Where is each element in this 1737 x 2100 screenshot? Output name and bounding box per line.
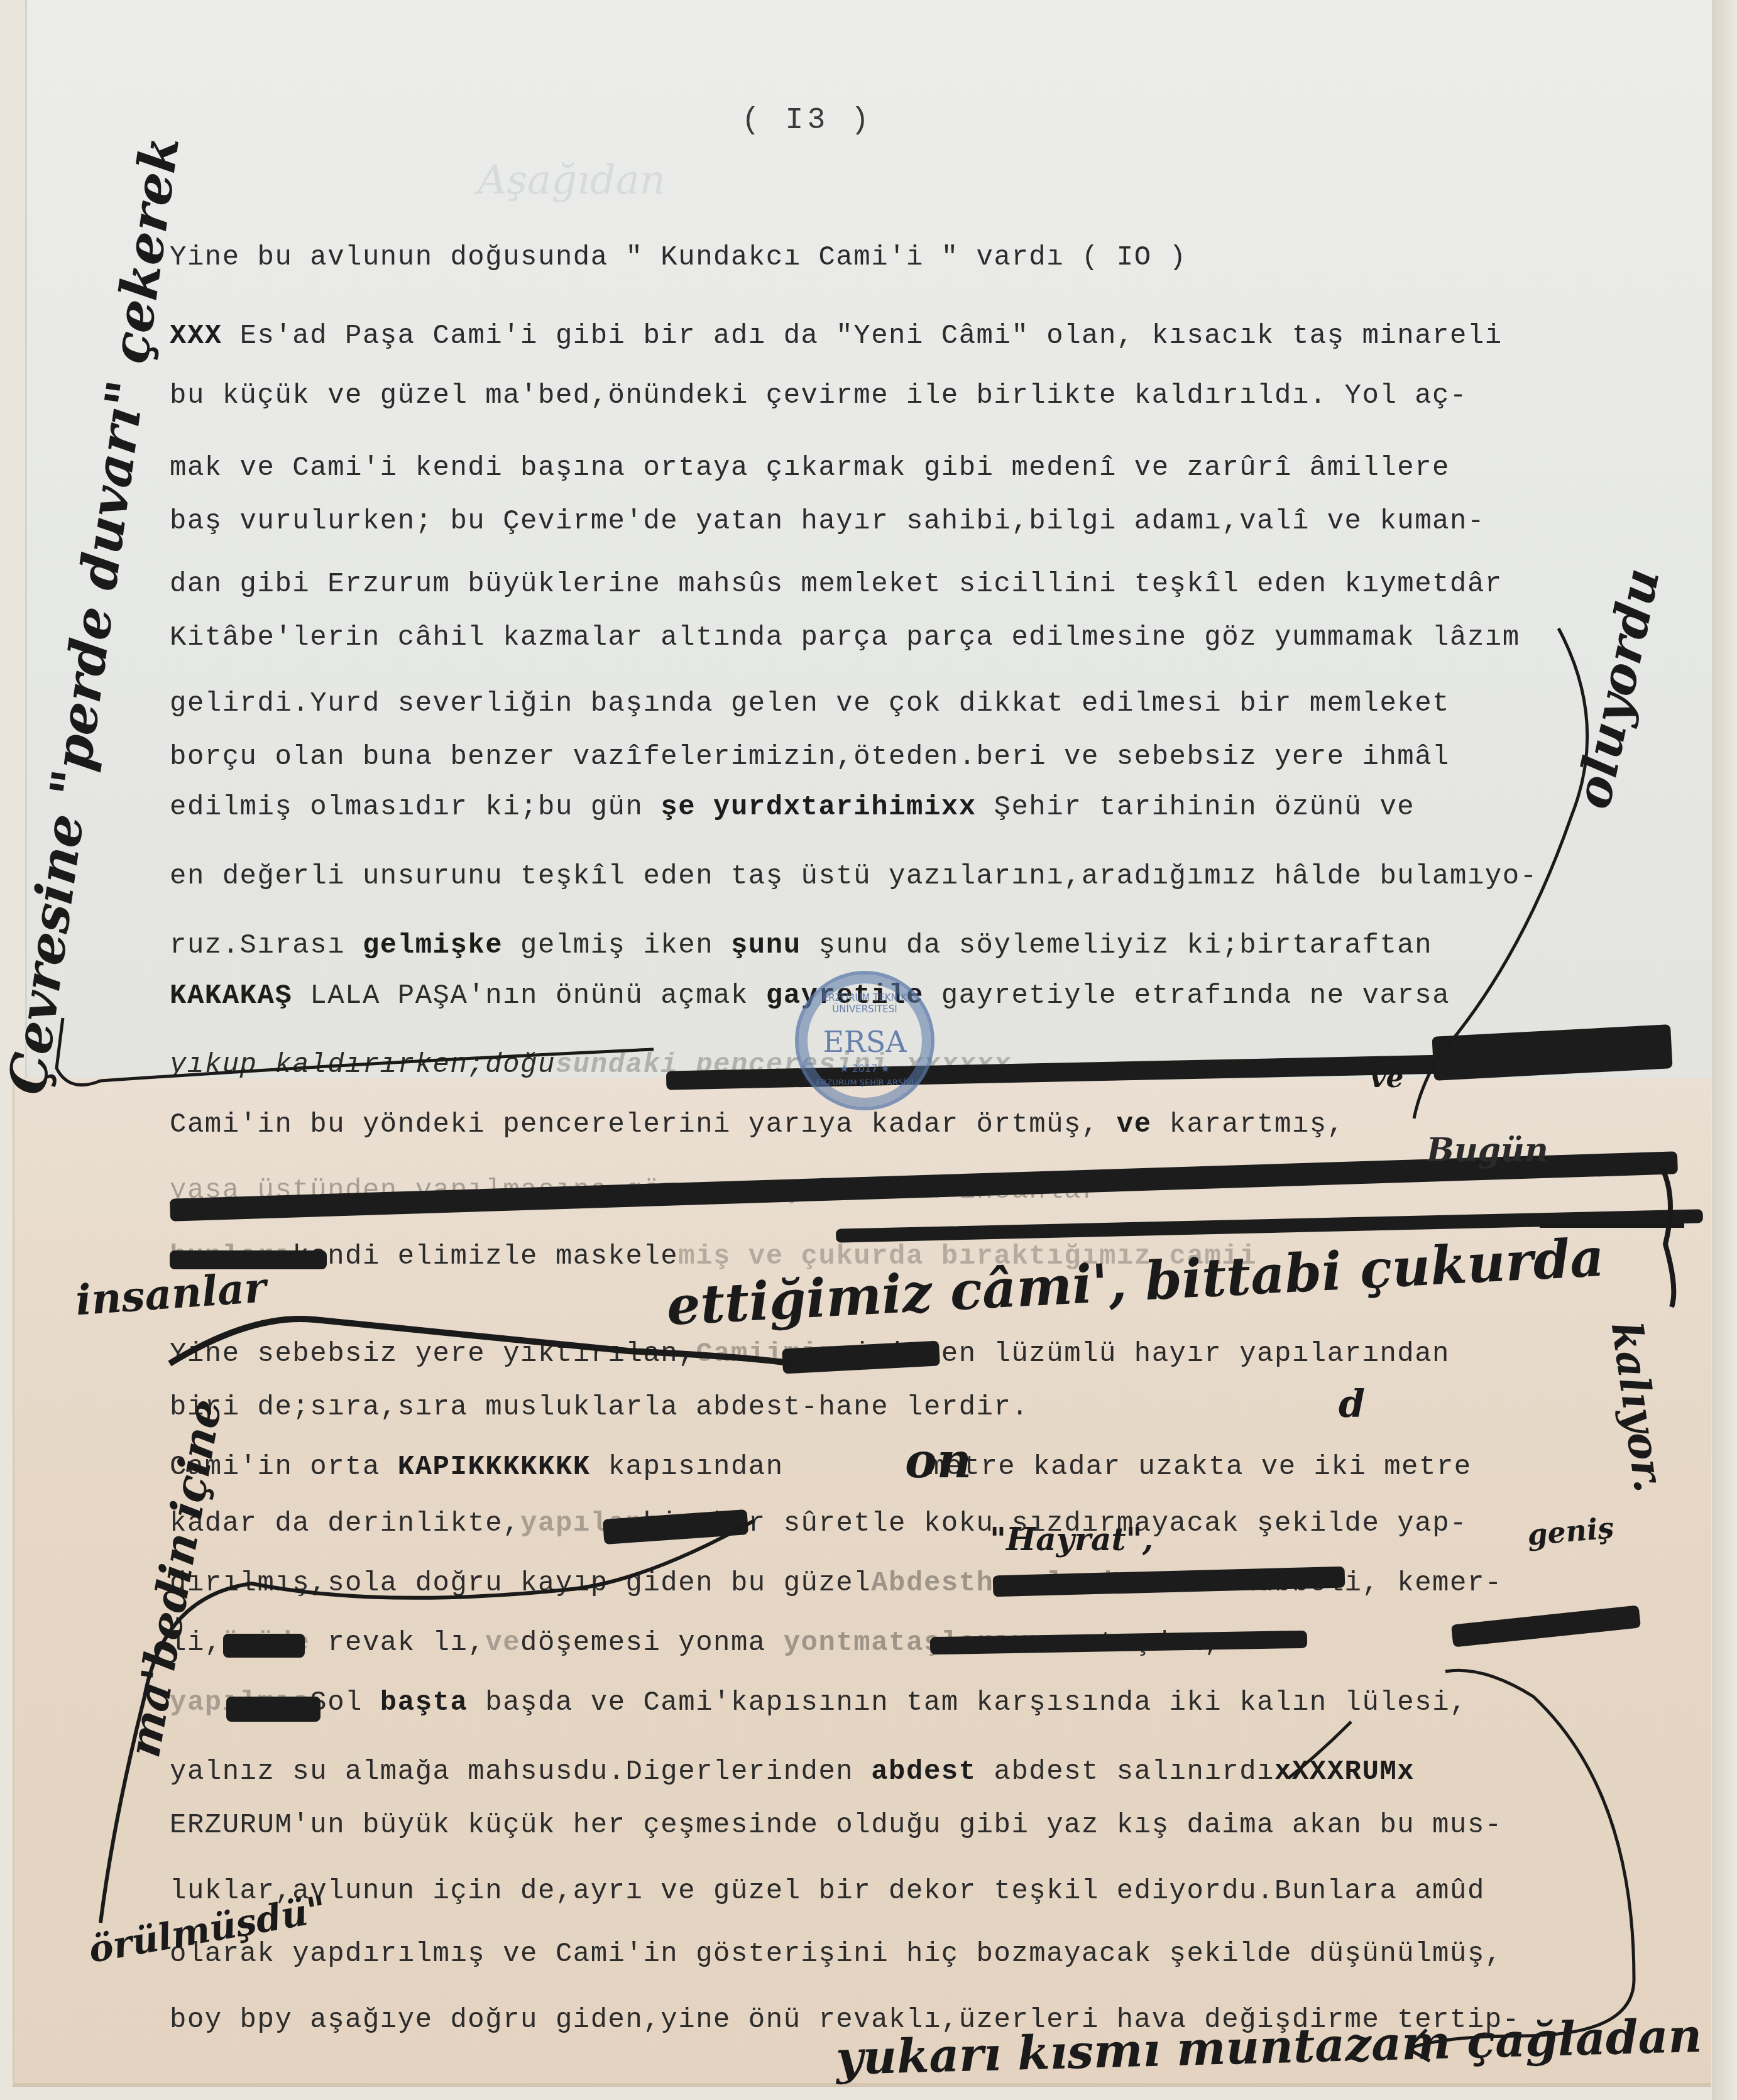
typed-line-27: luklar,avlunun için de,ayrı ve güzel bir… — [170, 1876, 1485, 1907]
typed-line-3: bu küçük ve güzel ma'bed,önündeki çevirm… — [170, 380, 1467, 412]
typed-line-12: ruz.Sırası gelmişke gelmiş iken şunu şun… — [170, 930, 1432, 961]
typed-line-5: baş vurulurken; bu Çevirme'de yatan hayı… — [170, 506, 1485, 537]
stamp-ring-top: ERZURUM TEKNİK ÜNİVERSİTESİ — [799, 992, 931, 1015]
page-edge — [1712, 0, 1737, 2100]
struck-text: KAKAKAŞ — [170, 980, 292, 1012]
stamp-center: ERSA — [799, 1025, 931, 1059]
handwritten-insert-ve: ve — [1370, 1062, 1404, 1094]
typed-line-8: gelirdi.Yurd severliğin başında gelen ve… — [170, 688, 1450, 719]
typed-line-21: kadar da derinlikte,yapılanhiç bir sûret… — [170, 1508, 1467, 1539]
scribble-strike — [223, 1634, 305, 1658]
typed-line-6: dan gibi Erzurum büyüklerine mahsûs meml… — [170, 569, 1503, 600]
handwritten-insert-d: d — [1339, 1382, 1365, 1426]
handwritten-insert-bugun: Bugün — [1427, 1131, 1548, 1169]
scribble-strike — [226, 1697, 321, 1722]
archive-stamp: ERZURUM TEKNİK ÜNİVERSİTESİ ERSA ★ 2017 … — [795, 971, 934, 1110]
typed-line-24: yapılmışSol başta başda ve Cami'kapısını… — [170, 1687, 1467, 1719]
stamp-year: ★ 2017 ★ — [799, 1063, 931, 1075]
typed-line-1: Yine bu avlunun doğusunda " Kundakcı Cam… — [170, 242, 1186, 273]
struck-text: gelmişke — [363, 930, 503, 961]
page-number: ( I3 ) — [742, 104, 873, 138]
struck-text: ve — [1117, 1109, 1152, 1140]
struck-text: abdest — [871, 1756, 976, 1788]
typed-line-25: yalnız su almağa mahsusdu.Digerlerinden … — [170, 1756, 1415, 1788]
typed-line-4: mak ve Cami'i kendi başına ortaya çıkarm… — [170, 452, 1450, 484]
typed-line-10: edilmiş olmasıdır ki;bu gün şe yurdxtari… — [170, 792, 1415, 823]
typed-line-15: Cami'in bu yöndeki pencerelerini yarıya … — [170, 1109, 1345, 1140]
typed-line-9: borçu olan buna benzer vazîfelerimizin,ö… — [170, 741, 1450, 773]
handwritten-insert-hayrat: "Hayrat", — [990, 1521, 1153, 1558]
struck-text: şunu — [731, 930, 801, 961]
typed-line-20: Cami'in orta KAPIKKKKKKK kapısındanmetre… — [170, 1452, 1472, 1483]
typed-line-11: en değerli unsurunu teşkîl eden taş üstü… — [170, 861, 1538, 892]
typed-line-19: biri de;sıra,sıra musluklarla abdest-han… — [170, 1392, 1029, 1423]
bleedthrough-text: Aşağıdan — [478, 157, 666, 204]
struck-text: KAPIKKKKKKK — [398, 1452, 591, 1483]
stamp-ring-bottom: ERZURUM ŞEHİR ARŞİVİ — [799, 1078, 931, 1088]
handwritten-insert-on: on — [905, 1433, 972, 1489]
struck-text: şe yurdxtarihimixx — [660, 792, 976, 823]
typed-line-2: XXX Es'ad Paşa Cami'i gibi bir adı da "Y… — [170, 320, 1503, 352]
struck-text: xXXXRUMx — [1274, 1756, 1415, 1788]
struck-text: başta — [380, 1687, 468, 1719]
upper-sheet — [25, 0, 1724, 1081]
typed-line-26: ERZURUM'un büyük küçük her çeşmesinde ol… — [170, 1810, 1503, 1841]
typed-line-7: Kitâbe'lerin câhil kazmalar altında parç… — [170, 622, 1520, 654]
struck-text: ve — [485, 1627, 520, 1659]
typed-line-28: olarak yapdırılmış ve Cami'in gösterişin… — [170, 1939, 1503, 1970]
struck-text: XXX — [170, 320, 222, 352]
